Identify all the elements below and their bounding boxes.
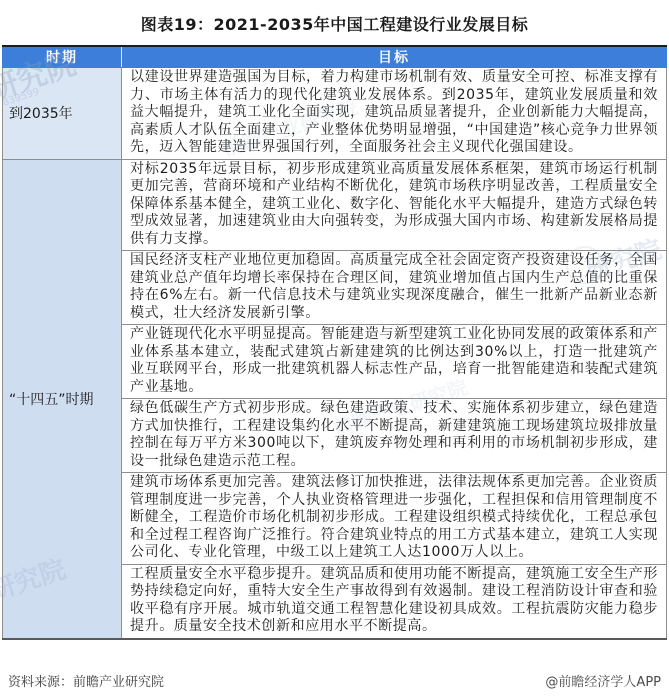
table-header-row: 时期 目标 xyxy=(3,46,667,68)
table-row: 到2035年 以建设世界建造强国为目标，着力构建市场机制有效、质量安全可控、标准… xyxy=(3,68,667,160)
goal-cell: 建筑市场体系更加完善。建筑法修订加快推进，法律法规体系更加完善。企业资质管理制度… xyxy=(122,473,667,565)
period-cell-14th-five-year: “十四五”时期 xyxy=(3,159,122,639)
goal-cell: 对标2035年远景目标，初步形成建筑业高质量发展体系框架，建筑市场运行机制更加完… xyxy=(122,159,667,251)
period-cell-2035: 到2035年 xyxy=(3,68,122,160)
column-header-goal: 目标 xyxy=(122,46,667,68)
goal-cell: 绿色低碳生产方式初步形成。绿色建造政策、技术、实施体系初步建立，绿色建造方式加快… xyxy=(122,399,667,473)
footer: 资料来源：前瞻产业研究院 @前瞻经济学人APP xyxy=(8,671,661,690)
goal-cell: 产业链现代化水平明显提高。智能建造与新型建筑工业化协同发展的政策体系和产业体系基… xyxy=(122,325,667,399)
page-title: 图表19：2021-2035年中国工程建设行业发展目标 xyxy=(0,0,669,35)
table-row: “十四五”时期 对标2035年远景目标，初步形成建筑业高质量发展体系框架，建筑市… xyxy=(3,159,667,251)
column-header-period: 时期 xyxy=(3,46,122,68)
source-note: 资料来源：前瞻产业研究院 xyxy=(8,671,164,690)
credit-note: @前瞻经济学人APP xyxy=(545,671,661,690)
goal-cell: 以建设世界建造强国为目标，着力构建市场机制有效、质量安全可控、标准支撑有力、市场… xyxy=(122,68,667,160)
development-goals-table: 时期 目标 到2035年 以建设世界建造强国为目标，着力构建市场机制有效、质量安… xyxy=(2,45,667,640)
goal-cell: 国民经济支柱产业地位更加稳固。高质量完成全社会固定资产投资建设任务，全国建筑业总… xyxy=(122,251,667,325)
goal-cell: 工程质量安全水平稳步提升。建筑品质和使用功能不断提高，建筑施工安全生产形势持续稳… xyxy=(122,564,667,639)
